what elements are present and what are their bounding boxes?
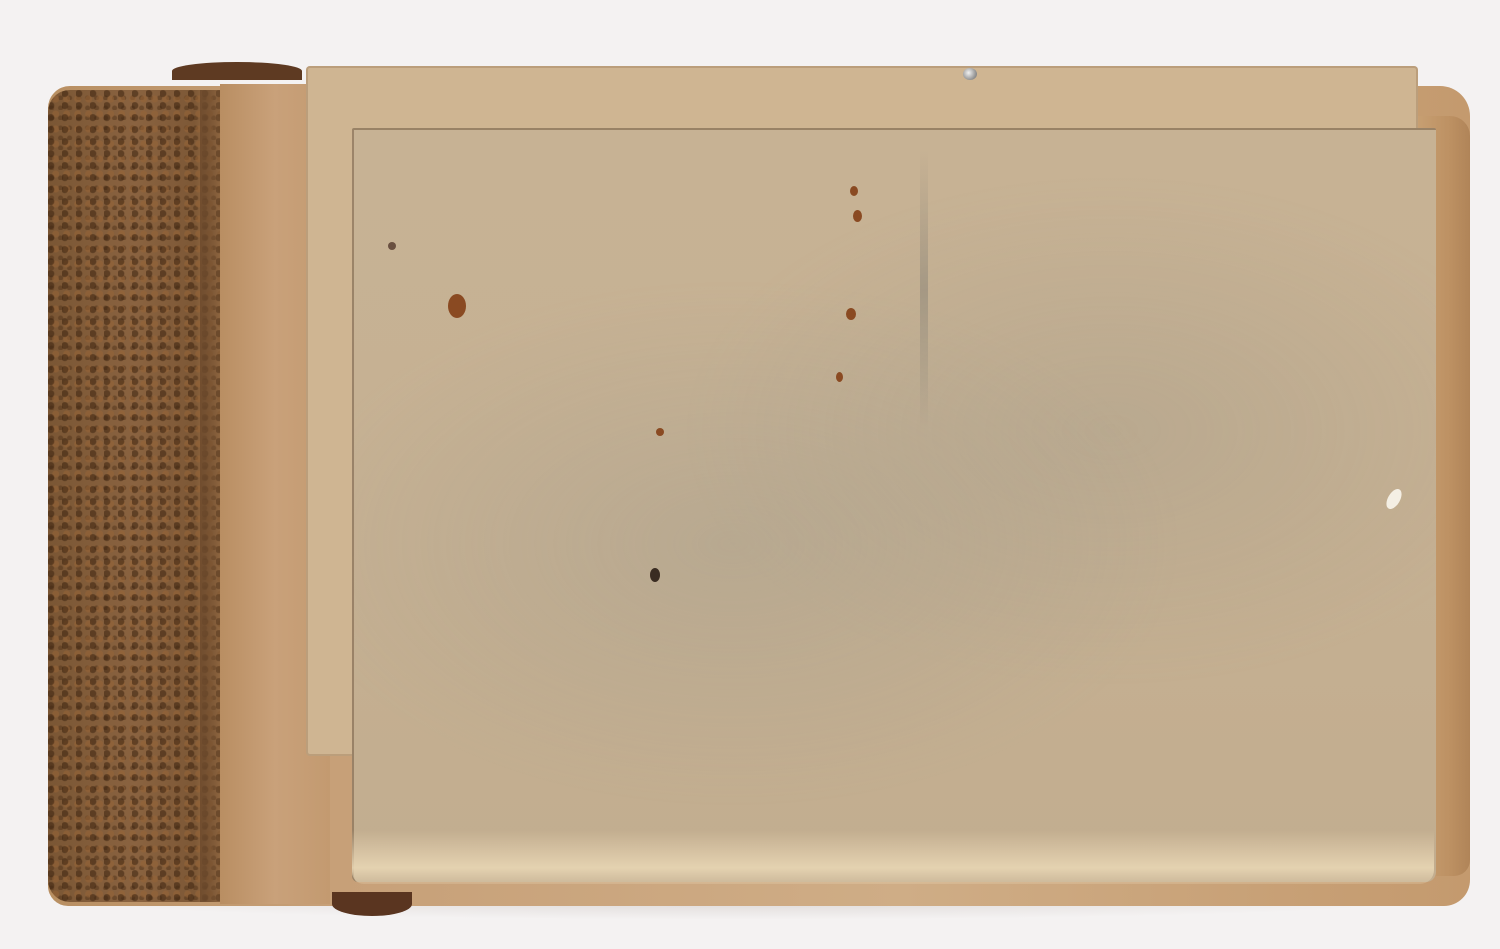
stain-spot [448, 294, 466, 318]
stain-spot [846, 308, 856, 320]
metal-staple [963, 68, 977, 80]
cardboard-label-frayed-edge [352, 830, 1434, 884]
crease-mark [920, 150, 928, 430]
stain-spot [656, 428, 664, 436]
stain-spot [850, 186, 858, 196]
folded-tab-top [172, 62, 302, 80]
photo-scene [0, 0, 1500, 949]
stain-spot [836, 372, 843, 382]
felt-strip [48, 90, 220, 902]
stain-spot [388, 242, 396, 250]
folded-tab-bottom [332, 892, 412, 916]
stain-spot [650, 568, 660, 582]
stain-spot [853, 210, 862, 222]
cardboard-label [352, 128, 1436, 882]
